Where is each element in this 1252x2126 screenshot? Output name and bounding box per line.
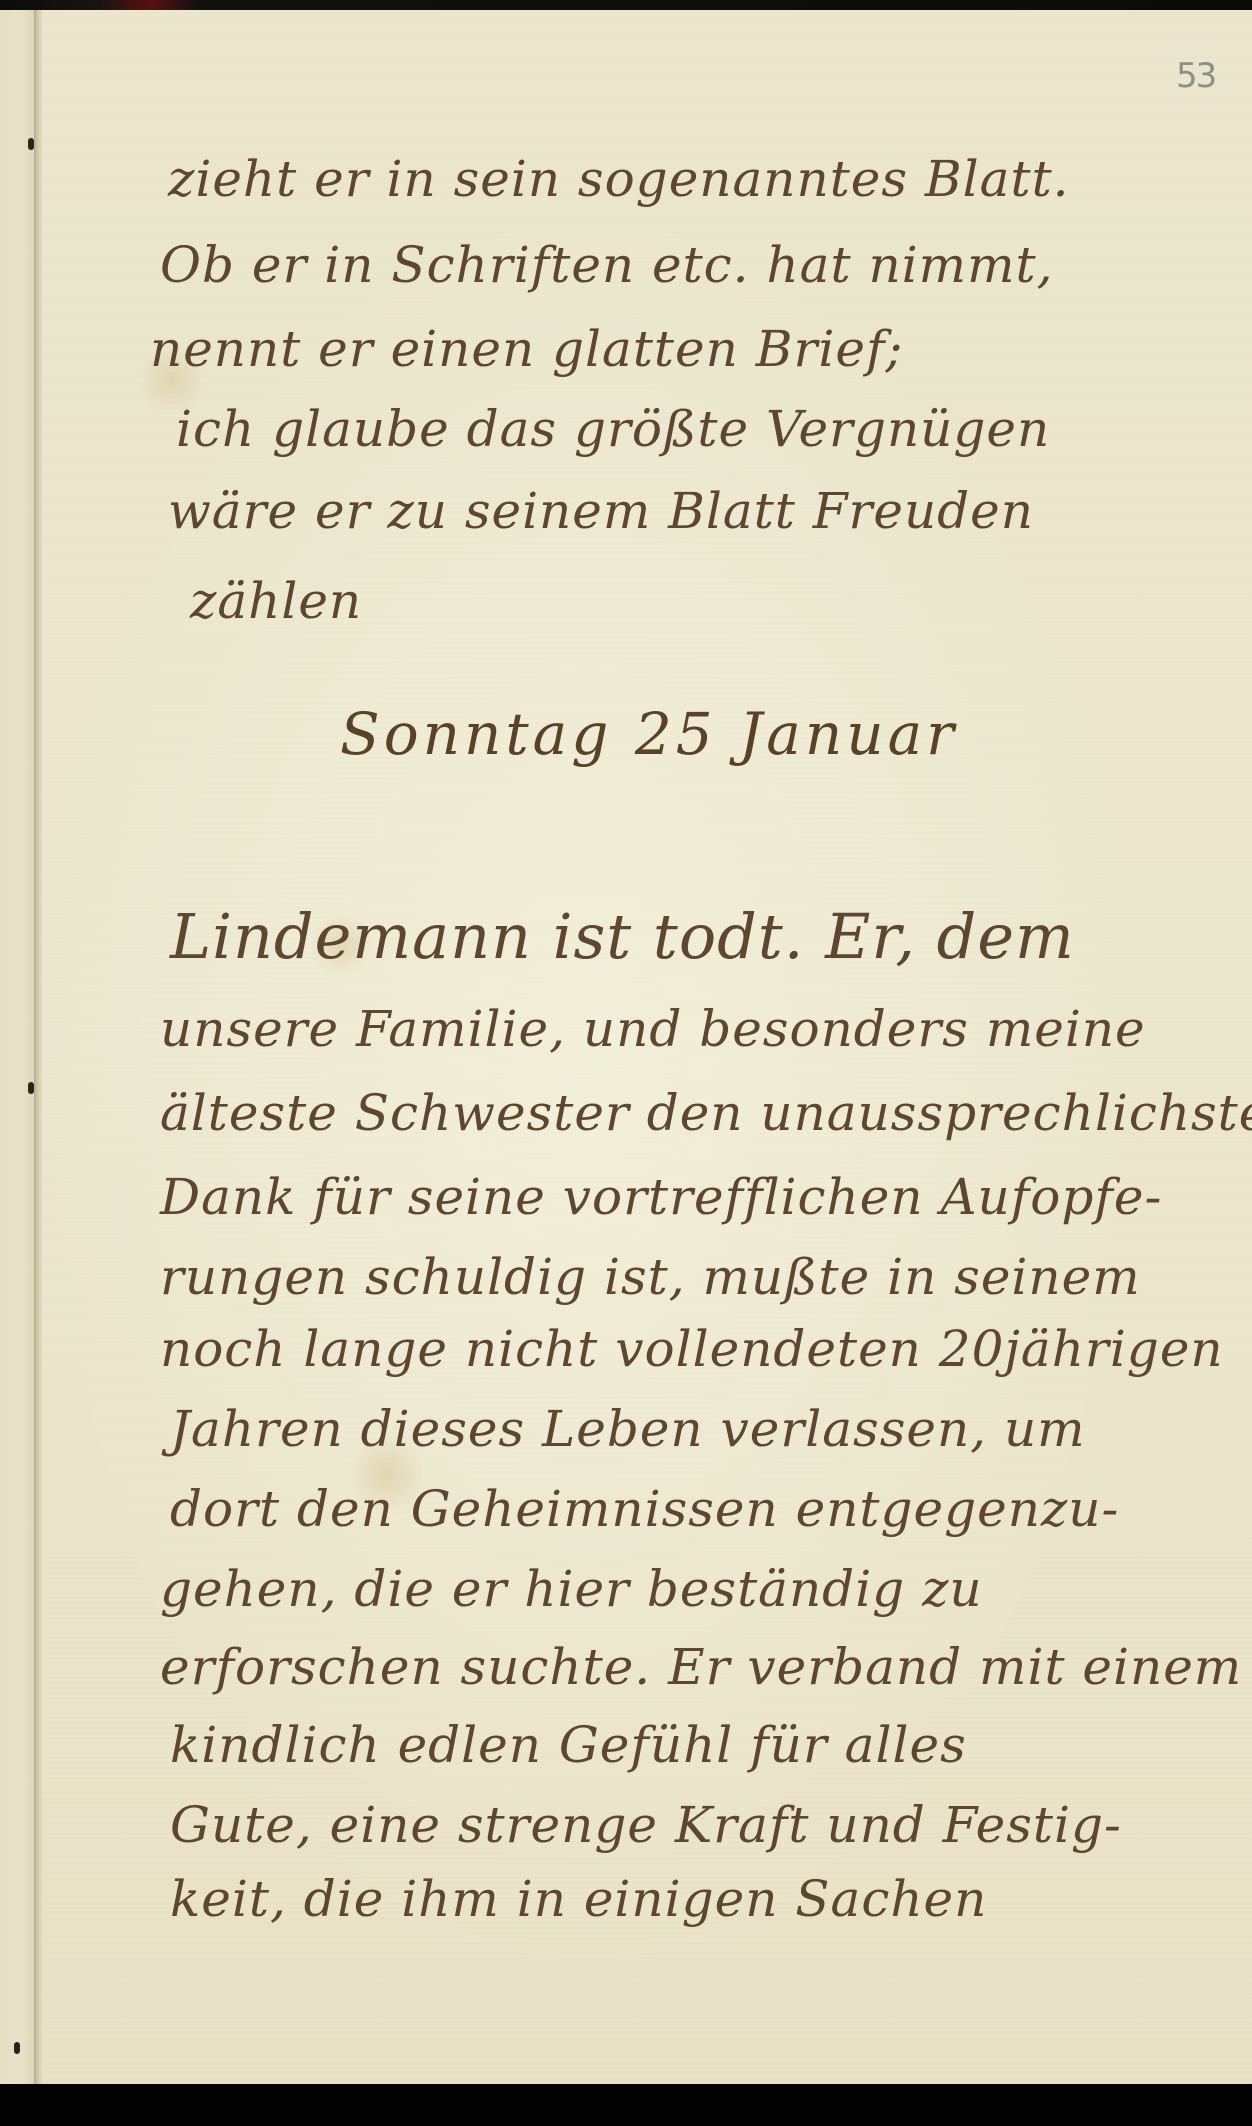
entry-line: rungen schuldig ist, mußte in seinem [160,1248,1141,1306]
entry-line: älteste Schwester den unaussprechlichste… [160,1084,1252,1142]
entry-line: Gute, eine strenge Kraft und Festig- [170,1796,1122,1854]
passage-line: Ob er in Schriften etc. hat nimmt, [160,236,1053,294]
scan-bottom-edge [0,2084,1252,2126]
passage-line: ich glaube das größte Vergnügen [176,400,1050,458]
entry-line: dort den Geheimnissen entgegenzu- [170,1480,1119,1538]
adjacent-page-edge [0,10,36,2084]
binding-hole [28,1082,34,1094]
entry-line: Jahren dieses Leben verlassen, um [170,1400,1086,1458]
passage-line: wäre er zu seinem Blatt Freuden [168,482,1034,540]
entry-line: Dank für seine vortrefflichen Aufopfe- [160,1168,1162,1226]
entry-date-heading: Sonntag 25 Januar [340,700,958,768]
entry-line: kindlich edlen Gefühl für alles [170,1716,967,1774]
scan-top-edge [0,0,1252,10]
entry-line: keit, die ihm in einigen Sachen [170,1870,987,1928]
entry-line: noch lange nicht vollendeten 20jährigen [160,1320,1224,1378]
entry-line: unsere Familie, und besonders meine [160,1000,1146,1058]
entry-line: Lindemann ist todt. Er, dem [170,900,1075,973]
passage-line: zieht er in sein sogenanntes Blatt. [168,150,1070,208]
passage-line: zählen [190,572,362,630]
binding-hole [14,2042,20,2054]
passage-line: nennt er einen glatten Brief; [150,320,903,378]
page-number: 53 [1176,56,1215,96]
binding-hole [28,138,34,150]
entry-line: gehen, die er hier beständig zu [160,1560,983,1618]
entry-line: erforschen suchte. Er verband mit einem [160,1638,1242,1696]
